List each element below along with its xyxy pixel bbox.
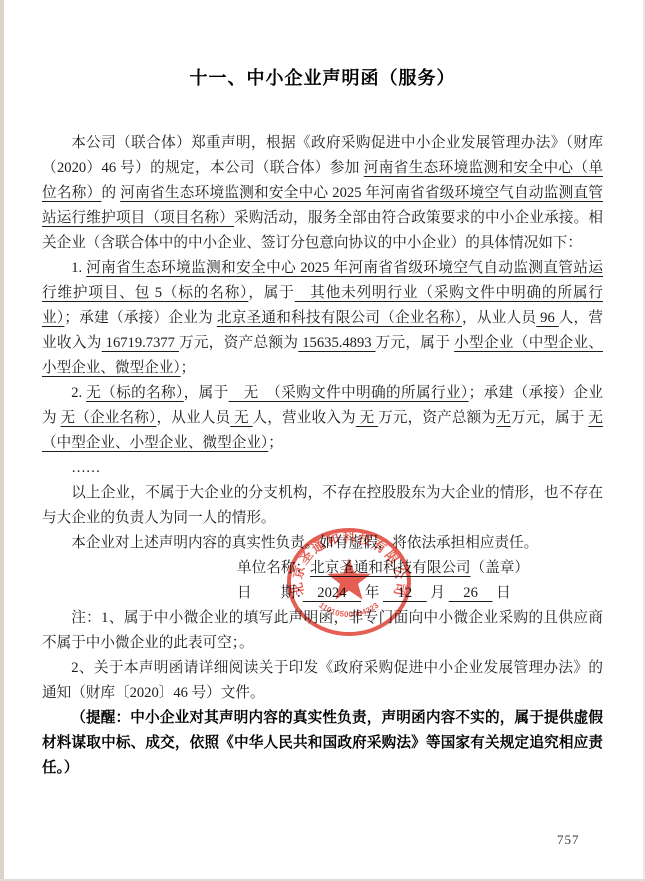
text-segment: ，从业人员 — [462, 310, 536, 326]
paragraph-item-1: 1. 河南省生态环境监测和安全中心 2025 年河南省省级环境空气自动监测直管站… — [42, 256, 603, 381]
text-segment: 1. — [71, 260, 86, 276]
text-segment: 人，营业收入为 — [253, 410, 356, 426]
text-segment: 日 期： — [237, 585, 303, 601]
text-segment: 日 — [492, 585, 510, 601]
document-content: 十一、中小企业声明函（服务） 本公司（联合体）郑重声明，根据《政府采购促进中小企… — [0, 0, 645, 781]
filled-blank: 无 — [230, 410, 252, 426]
filled-blank: 26 — [449, 585, 493, 601]
paragraph-intro: 本公司（联合体）郑重声明，根据《政府采购促进中小企业发展管理办法》（财库（202… — [42, 131, 603, 256]
text-segment: 以上企业，不属于大企业的分支机构，不存在控股股东为大企业的情形，也不存在与大企业… — [42, 485, 603, 526]
text-segment: ，属于 — [248, 285, 294, 301]
document-title: 十一、中小企业声明函（服务） — [42, 66, 603, 91]
text-segment: 万元，资产总额为 — [378, 410, 496, 426]
text-segment: 万元，资产总额为 — [179, 335, 298, 351]
reminder-clause: （提醒：中小企业对其声明内容的真实性负责，声明函内容不实的，属于提供虚假材料谋取… — [42, 706, 603, 781]
note-1: 注：1、属于中小微企业的填写此声明函，非专门面向中小微企业采购的且供应商不属于中… — [42, 606, 603, 656]
text-segment: 单位名称： — [237, 560, 310, 576]
filled-blank: 无（企业名称） — [61, 410, 157, 426]
paragraph-responsibility: 本企业对上述声明内容的真实性负责。如有虚假，将依法承担相应责任。 — [42, 531, 603, 556]
text-segment: ，从业人员 — [156, 410, 230, 426]
filled-blank: 北京圣通和科技有限公司（企业名称） — [217, 310, 462, 326]
note-2: 2、关于本声明函请详细阅读关于印发《政府采购促进中小企业发展管理办法》的通知（财… — [42, 656, 603, 706]
filled-blank: 15635.4893 — [298, 335, 375, 351]
signature-date-line: 日 期： 2024 年 12 月 26 日 — [237, 581, 603, 606]
paragraph-no-big-enterprise: 以上企业，不属于大企业的分支机构，不存在控股股东为大企业的情形，也不存在与大企业… — [42, 481, 603, 531]
text-segment: 万元，属于 — [376, 335, 455, 351]
text-segment: 2. — [71, 385, 86, 401]
filled-blank: 96 — [536, 310, 558, 326]
filled-blank: 无 — [356, 410, 378, 426]
text-segment: 年 — [361, 585, 383, 601]
document-page: 十一、中小企业声明函（服务） 本公司（联合体）郑重声明，根据《政府采购促进中小企… — [0, 0, 645, 881]
text-segment: （盖章） — [471, 560, 529, 576]
text-segment: 月 — [427, 585, 449, 601]
text-segment: ； — [268, 435, 283, 451]
text-segment: ； — [181, 360, 196, 376]
page-number: 757 — [557, 832, 580, 848]
text-segment: 本企业对上述声明内容的真实性负责。如有虚假，将依法承担相应责任。 — [71, 535, 538, 551]
text-segment: 的 — [101, 185, 120, 201]
paragraph-item-2: 2. 无（标的名称），属于 无 （采购文件中明确的所属行业）；承建（承接）企业为… — [42, 381, 603, 456]
filled-blank: 2024 — [303, 585, 361, 601]
filled-blank: 无 — [496, 410, 511, 426]
text-segment: 万元，属于 — [511, 410, 589, 426]
text-segment: …… — [71, 460, 100, 476]
filled-blank: 无 （采购文件中明确的所属行业） — [229, 385, 469, 401]
signature-unit-line: 单位名称：北京圣通和科技有限公司（盖章） — [237, 556, 603, 581]
filled-blank: 无（标的名称） — [86, 385, 184, 401]
text-segment: ；承建（承接）企业为 — [64, 310, 216, 326]
paragraph-ellipsis: …… — [42, 456, 603, 481]
filled-blank: 16719.7377 — [102, 335, 179, 351]
text-segment: ，属于 — [184, 385, 229, 401]
filled-blank: 北京圣通和科技有限公司 — [310, 560, 471, 576]
filled-blank: 12 — [383, 585, 427, 601]
